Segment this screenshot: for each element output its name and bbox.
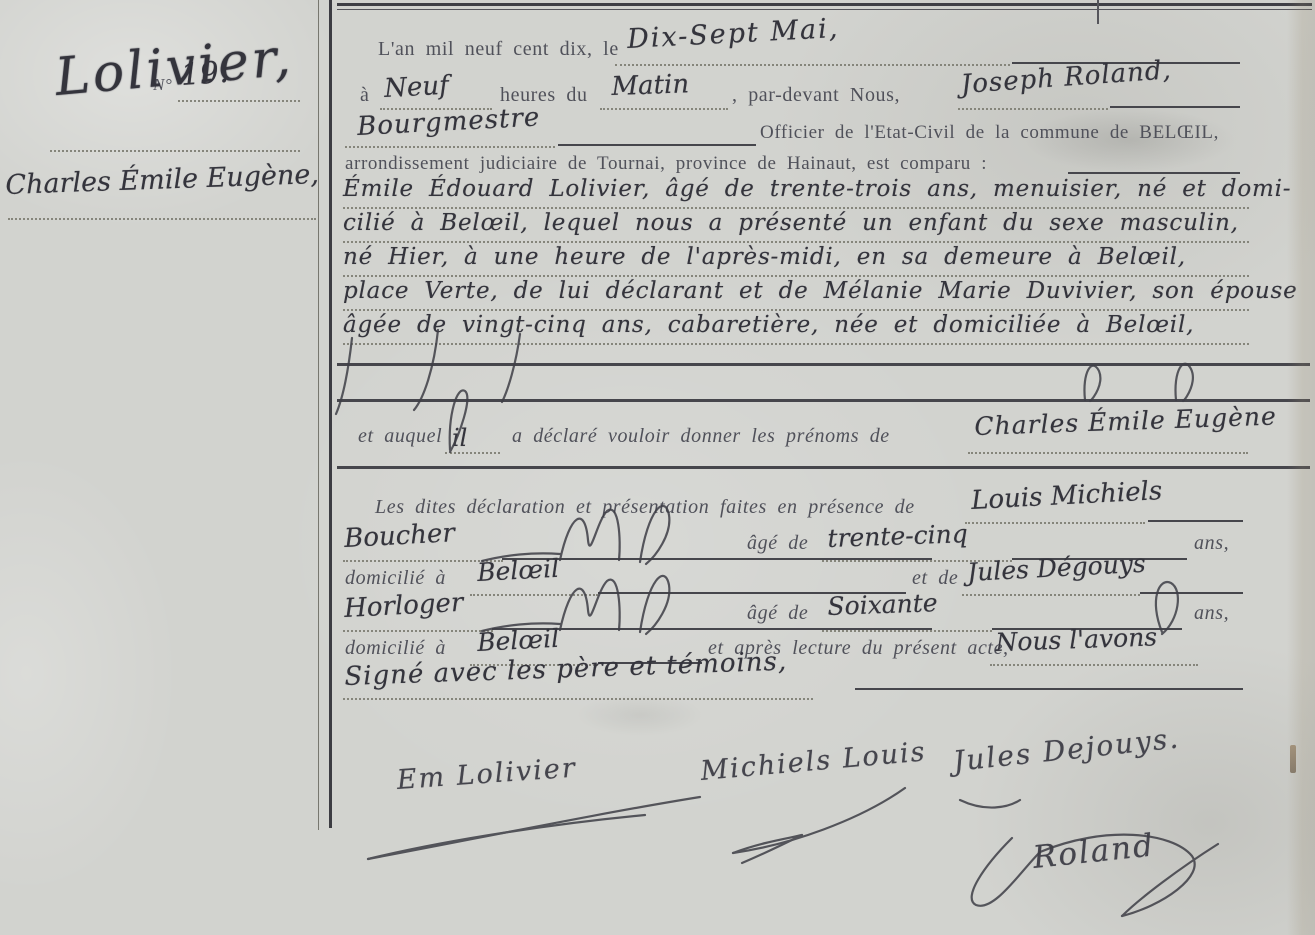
margin-divider-thin: [318, 0, 319, 830]
margin-surname: Lolivier,: [53, 27, 296, 108]
declaration-line: place Verte, de lui déclarant et de Méla…: [343, 278, 1249, 311]
printed-a: à: [360, 84, 369, 107]
ruled-line: [855, 688, 1243, 690]
dotted-line: [343, 630, 493, 632]
written-child-names: Charles Émile Eugène: [974, 401, 1277, 441]
margin-divider: [329, 0, 332, 828]
ruled-line: [337, 399, 1310, 402]
written-witness2-name: Jules Dégouys: [966, 549, 1146, 587]
printed-line1: L'an mil neuf cent dix, le: [378, 38, 619, 61]
written-date: Dix-Sept Mai,: [626, 13, 840, 55]
dotted-line: [445, 452, 500, 454]
written-closing: Nous l'avons: [995, 622, 1158, 657]
written-pronoun: il: [452, 424, 467, 452]
dotted-line: [345, 146, 555, 148]
declaration-line: né Hier, à une heure de l'après-midi, en…: [343, 244, 1249, 277]
dotted-line: [958, 108, 1108, 110]
written-hour: Neuf: [383, 71, 449, 104]
stray-mark: [1097, 0, 1099, 24]
binding-mark: [1290, 745, 1296, 773]
printed-line4: arrondissement judiciaire de Tournai, pr…: [345, 153, 987, 175]
written-witness1-age: trente-cinq: [827, 519, 968, 553]
printed-et-de-label: et de: [912, 567, 958, 590]
page-edge-shadow: [1287, 0, 1315, 935]
dotted-line: [822, 630, 992, 632]
ruled-line: [1110, 106, 1240, 108]
printed-domicile-label2: domicilié à: [345, 637, 446, 660]
signature-witness1: Michiels Louis: [699, 736, 927, 787]
document-page: N° 19. Lolivier, Charles Émile Eugène, L…: [0, 0, 1315, 935]
written-witness1-name: Louis Michiels: [970, 476, 1163, 516]
ruled-line: [558, 144, 756, 146]
dotted-line: [965, 522, 1145, 524]
printed-line3: Officier de l'Etat-Civil de la commune d…: [760, 122, 1219, 144]
dotted-line: [470, 594, 598, 596]
written-witness2-domicile: Belœil: [476, 624, 559, 657]
dotted-line: [50, 150, 300, 152]
printed-witness-intro: Les dites déclaration et présentation fa…: [375, 496, 915, 519]
ruled-line: [337, 363, 1310, 366]
printed-c: , par-devant Nous,: [732, 84, 900, 107]
printed-age-label2: âgé de: [747, 602, 808, 625]
ruled-line: [1148, 520, 1243, 522]
written-witness1-profession: Boucher: [343, 518, 455, 554]
written-daypart: Matin: [611, 69, 690, 102]
dotted-line: [962, 594, 1140, 596]
printed-ans-label2: ans,: [1194, 602, 1229, 625]
written-witness2-profession: Horloger: [343, 588, 464, 624]
ruled-line: [337, 466, 1310, 469]
ruled-line: [1140, 592, 1243, 594]
printed-ans-label1: ans,: [1194, 532, 1229, 555]
printed-domicile-label1: domicilié à: [345, 567, 446, 590]
declaration-line: Émile Édouard Lolivier, âgé de trente-tr…: [343, 176, 1249, 209]
dotted-line: [600, 108, 728, 110]
printed-age-label1: âgé de: [747, 532, 808, 555]
dotted-line: [968, 452, 1248, 454]
dotted-line: [615, 64, 1010, 66]
dotted-line: [8, 218, 316, 220]
signature-witness2: Jules Dejouys.: [952, 721, 1182, 778]
declaration-line: âgée de vingt-cinq ans, cabaretière, née…: [343, 312, 1249, 343]
dotted-line: [343, 343, 1249, 345]
signature-father: Em Lolivier: [396, 753, 578, 796]
written-witness2-age: Soixante: [827, 588, 938, 621]
dotted-line: [990, 664, 1198, 666]
top-border-rule: [337, 3, 1312, 10]
written-officer-name: Joseph Roland,: [960, 55, 1173, 100]
dotted-line: [178, 100, 300, 102]
signature-officer: Roland: [1031, 827, 1156, 876]
printed-naming-b: a déclaré vouloir donner les prénoms de: [512, 425, 890, 448]
written-witness1-domicile: Belœil: [476, 554, 559, 587]
dotted-line: [343, 698, 813, 700]
margin-given-names: Charles Émile Eugène,: [5, 159, 319, 201]
printed-naming-a: et auquel: [358, 425, 442, 448]
declaration-line: cilié à Belœil, lequel nous a présenté u…: [343, 210, 1249, 243]
ruled-line: [1068, 172, 1240, 174]
